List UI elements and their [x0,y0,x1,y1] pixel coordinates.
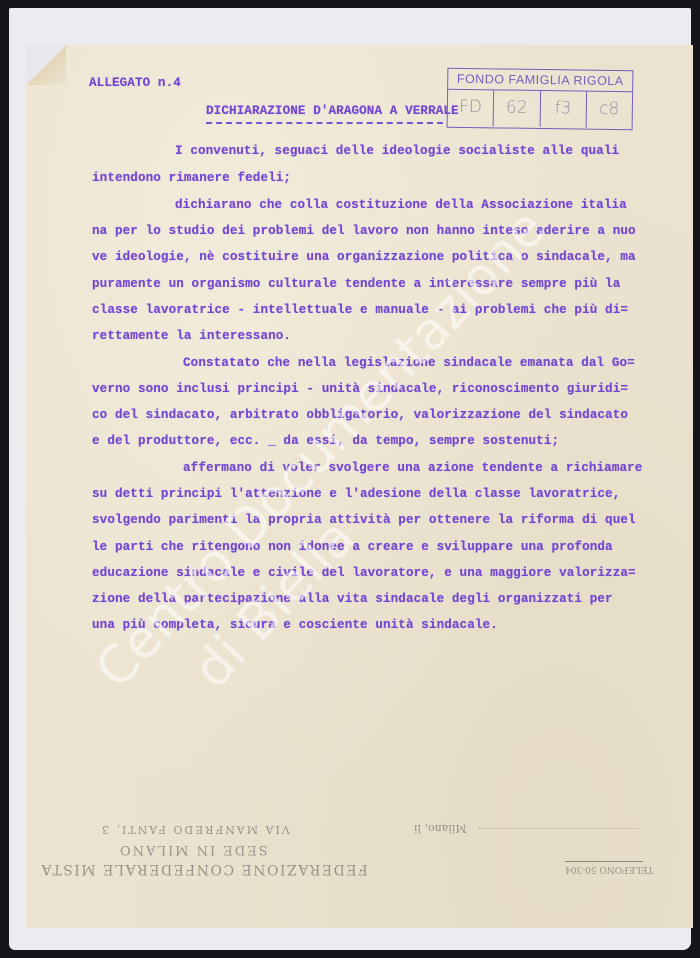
body-line: dichiarano che colla costituzione della … [175,198,627,212]
stamp-cell-sheet: c8 [586,92,632,129]
attachment-label: ALLEGATO n.4 [89,76,181,90]
letterhead-address: VIA MANFREDO FANTI, 3 [100,823,290,836]
body-line: intendono rimanere fedeli; [92,171,291,185]
body-line: le parti che ritengono non idonee a crea… [92,540,613,554]
stamp-header: FONDO FAMIGLIA RIGOLA [448,69,632,93]
body-line: ve ideologie, nè costituire una organizz… [92,250,636,264]
body-line: co del sindacato, arbitrato obbligatorio… [92,408,628,422]
body-line: affermano di voler svolgere una azione t… [183,461,642,475]
body-line: verno sono inclusi principi - unità sind… [92,382,628,396]
body-line: Constatato che nella legislazione sindac… [183,356,635,370]
letterhead-date-dots [478,828,638,829]
body-line: I convenuti, seguaci delle ideologie soc… [175,144,619,158]
body-line: na per lo studio dei problemi del lavoro… [92,224,636,238]
letterhead-organization: FEDERAZIONE CONFEDERALE MISTA [40,861,368,877]
letterhead-phone: TELEFONO 50-304 [565,864,654,874]
body-line: zione della partecipazione alla vita sin… [92,592,613,606]
stamp-cell-box: 62 [494,90,541,127]
body-line: classe lavoratrice - intellettuale e man… [92,303,628,317]
body-line: educazione sindacale e civile del lavora… [92,566,636,580]
folded-corner [26,45,66,85]
letterhead-seat: SEDE IN MILANO [118,842,268,857]
body-line: svolgendo parimenti la propria attività … [92,513,636,527]
body-line: puramente un organismo culturale tendent… [92,277,620,291]
body-line: e del produttore, ecc. _ da essi, da tem… [92,434,559,448]
stamp-cell-folder: f3 [540,91,587,128]
body-line: una più completa, sicura e cosciente uni… [92,618,498,632]
archive-stamp: FONDO FAMIGLIA RIGOLA FD 62 f3 c8 [447,68,634,131]
letterhead-city-field: Milano, li [414,822,467,835]
body-line: su detti principi l'attenzione e l'adesi… [92,487,620,501]
title-underline [206,122,443,124]
document-title: DICHIARAZIONE D'ARAGONA A VERRALE [206,104,459,118]
letterhead-phone-rule [565,861,643,862]
body-line: rettamente la interessano. [92,329,291,343]
